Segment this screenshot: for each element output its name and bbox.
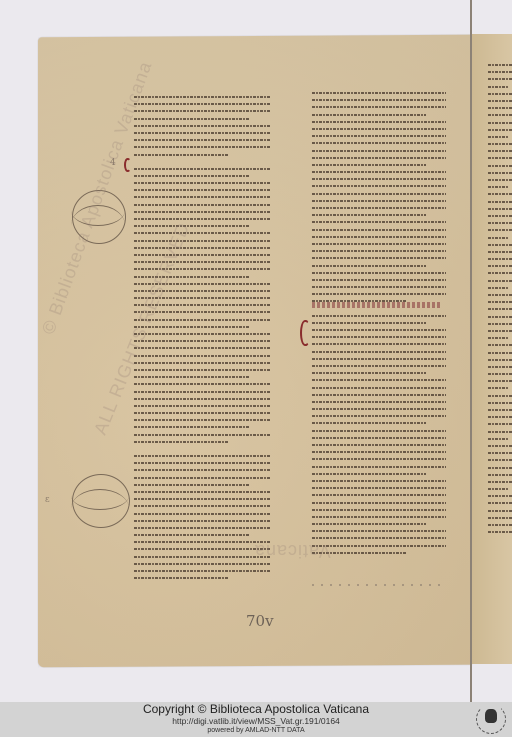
rubric-heading <box>312 302 442 308</box>
script-line <box>312 466 446 468</box>
script-line <box>312 221 446 223</box>
script-line <box>134 146 270 148</box>
script-line <box>134 189 270 191</box>
script-line <box>488 86 508 88</box>
script-line <box>134 182 270 184</box>
script-line <box>488 150 512 152</box>
script-line <box>134 391 270 393</box>
script-line <box>312 523 426 525</box>
script-line <box>488 237 508 239</box>
script-line <box>488 143 512 145</box>
script-line <box>134 96 270 98</box>
manuscript-viewer[interactable]: 4 ε © Biblioteca Apostolica Vaticana ALL… <box>0 0 512 702</box>
watermark-text: Vaticana <box>254 540 331 561</box>
script-line <box>312 458 446 460</box>
script-line <box>134 211 270 213</box>
script-line <box>488 409 512 411</box>
script-line <box>312 121 446 123</box>
script-line <box>488 445 512 447</box>
script-line <box>488 517 512 519</box>
script-line <box>312 336 446 338</box>
script-line <box>134 132 270 134</box>
script-line <box>312 142 446 144</box>
script-line <box>134 570 270 572</box>
script-line <box>488 502 512 504</box>
script-line <box>312 415 446 417</box>
script-line <box>134 333 270 335</box>
script-line <box>312 365 446 367</box>
script-line <box>312 487 446 489</box>
text-column-left <box>134 96 270 584</box>
script-line <box>488 366 512 368</box>
script-line <box>488 251 512 253</box>
script-line <box>488 524 512 526</box>
script-line <box>312 430 446 432</box>
script-line <box>488 280 512 282</box>
script-line <box>134 498 270 500</box>
script-line <box>488 215 512 217</box>
script-line <box>488 122 512 124</box>
script-line <box>134 139 270 141</box>
script-line <box>488 64 512 66</box>
script-line <box>312 128 446 130</box>
text-column-right <box>312 92 446 559</box>
script-line <box>134 154 229 156</box>
script-line <box>488 208 512 210</box>
script-line <box>488 459 512 461</box>
script-line <box>134 196 270 198</box>
script-line <box>488 359 512 361</box>
script-line <box>488 395 512 397</box>
script-line <box>134 118 250 120</box>
script-line <box>134 563 270 565</box>
script-line <box>312 265 426 267</box>
script-line <box>312 451 446 453</box>
script-line <box>488 272 512 274</box>
dotted-ornament <box>312 584 442 586</box>
script-line <box>488 416 512 418</box>
script-line <box>312 480 446 482</box>
script-line <box>488 495 512 497</box>
script-line <box>312 250 446 252</box>
script-line <box>312 236 446 238</box>
script-line <box>312 114 426 116</box>
script-line <box>312 272 446 274</box>
script-line <box>488 93 512 95</box>
script-line <box>312 437 446 439</box>
script-line <box>488 481 512 483</box>
script-line <box>488 352 512 354</box>
script-line <box>312 343 446 345</box>
script-line <box>312 207 446 209</box>
script-line <box>488 452 512 454</box>
script-line <box>134 383 270 385</box>
script-line <box>488 344 512 346</box>
script-line <box>488 129 512 131</box>
script-line <box>134 426 250 428</box>
script-line <box>312 379 446 381</box>
script-line <box>134 505 270 507</box>
script-line <box>312 530 446 532</box>
script-line <box>134 556 270 558</box>
script-line <box>312 502 446 504</box>
script-line <box>312 545 446 547</box>
script-line <box>312 329 446 331</box>
script-line <box>312 135 446 137</box>
script-line <box>312 243 446 245</box>
script-line <box>488 100 512 102</box>
script-line <box>312 106 446 108</box>
script-line <box>488 107 512 109</box>
script-line <box>134 419 270 421</box>
script-line <box>312 322 426 324</box>
marginal-number: ε <box>45 495 50 505</box>
script-line <box>488 387 508 389</box>
script-line <box>134 477 270 479</box>
script-line <box>134 405 270 407</box>
script-line <box>134 462 270 464</box>
script-line <box>312 150 446 152</box>
script-line <box>134 362 270 364</box>
vatican-library-seal-right <box>474 702 508 736</box>
script-line <box>488 201 512 203</box>
script-line <box>488 244 512 246</box>
script-line <box>134 548 270 550</box>
script-line <box>312 214 426 216</box>
script-line <box>134 412 270 414</box>
script-line <box>134 441 229 443</box>
script-line <box>312 193 446 195</box>
script-line <box>488 438 508 440</box>
script-line <box>488 474 512 476</box>
script-line <box>312 293 446 295</box>
script-line <box>488 193 512 195</box>
script-line <box>488 423 512 425</box>
script-line <box>488 136 508 138</box>
script-line <box>488 258 512 260</box>
script-line <box>312 444 446 446</box>
script-line <box>312 509 446 511</box>
script-line <box>488 78 512 80</box>
script-line <box>134 247 270 249</box>
text-column-next-page <box>488 64 512 538</box>
script-line <box>488 380 512 382</box>
script-line <box>312 358 446 360</box>
script-line <box>312 351 446 353</box>
script-line <box>488 229 512 231</box>
script-line <box>134 513 270 515</box>
script-line <box>134 369 270 371</box>
geometric-diagram-bottom <box>72 474 130 528</box>
script-line <box>488 467 512 469</box>
script-line <box>312 516 446 518</box>
script-line <box>134 204 270 206</box>
red-initial-top <box>124 158 131 172</box>
script-line <box>312 185 446 187</box>
script-line <box>488 323 512 325</box>
script-line <box>312 372 426 374</box>
script-line <box>488 172 512 174</box>
script-line <box>488 71 512 73</box>
script-line <box>134 125 270 127</box>
script-line <box>488 157 512 159</box>
script-line <box>312 164 426 166</box>
page-gutter <box>470 0 472 702</box>
script-line <box>312 279 446 281</box>
folio-number: 70v <box>246 612 274 630</box>
script-line <box>134 455 270 457</box>
script-line <box>312 200 446 202</box>
red-initial-capital <box>300 320 310 346</box>
script-line <box>312 494 446 496</box>
script-line <box>134 355 270 357</box>
script-line <box>134 103 270 105</box>
script-line <box>488 510 512 512</box>
script-line <box>312 229 446 231</box>
script-line <box>488 179 512 181</box>
script-line <box>134 254 270 256</box>
script-line <box>312 537 446 539</box>
script-line <box>312 315 446 317</box>
script-line <box>488 431 512 433</box>
script-line <box>488 287 508 289</box>
source-url[interactable]: http://digi.vatlib.it/view/MSS_Vat.gr.19… <box>0 716 512 726</box>
script-line <box>488 337 508 339</box>
script-line <box>312 473 426 475</box>
script-line <box>488 316 512 318</box>
script-line <box>488 294 512 296</box>
script-line <box>312 286 446 288</box>
script-line <box>134 534 250 536</box>
script-line <box>134 484 250 486</box>
script-line <box>312 157 446 159</box>
script-line <box>488 330 512 332</box>
script-line <box>134 347 270 349</box>
script-line <box>312 401 446 403</box>
script-line <box>134 520 270 522</box>
script-line <box>488 531 512 533</box>
script-line <box>488 222 512 224</box>
script-line <box>488 265 512 267</box>
script-line <box>312 408 446 410</box>
script-line <box>134 232 270 234</box>
copyright-footer: Copyright © Biblioteca Apostolica Vatica… <box>0 702 512 737</box>
script-line <box>134 577 229 579</box>
script-line <box>312 171 446 173</box>
script-line <box>312 99 446 101</box>
script-line <box>134 527 270 529</box>
script-line <box>488 402 512 404</box>
script-line <box>488 301 512 303</box>
script-line <box>488 308 512 310</box>
script-line <box>134 434 270 436</box>
script-line <box>134 240 270 242</box>
script-line <box>312 257 446 259</box>
script-line <box>134 218 270 220</box>
script-line <box>134 261 270 263</box>
script-line <box>312 178 446 180</box>
script-line <box>312 92 446 94</box>
script-line <box>312 394 446 396</box>
script-line <box>134 110 270 112</box>
powered-by-text: powered by AMLAD-NTT DATA <box>0 726 512 735</box>
script-line <box>134 541 270 543</box>
papal-emblem-icon <box>485 709 497 723</box>
script-line <box>134 469 270 471</box>
script-line <box>134 340 270 342</box>
script-line <box>134 398 270 400</box>
script-line <box>134 168 270 170</box>
script-line <box>488 488 508 490</box>
script-line <box>134 175 250 177</box>
script-line <box>134 491 270 493</box>
script-line <box>134 376 250 378</box>
script-line <box>488 186 508 188</box>
script-line <box>488 373 512 375</box>
copyright-text: Copyright © Biblioteca Apostolica Vatica… <box>0 703 512 716</box>
script-line <box>488 165 512 167</box>
script-line <box>488 114 512 116</box>
script-line <box>312 387 446 389</box>
script-line <box>312 422 426 424</box>
